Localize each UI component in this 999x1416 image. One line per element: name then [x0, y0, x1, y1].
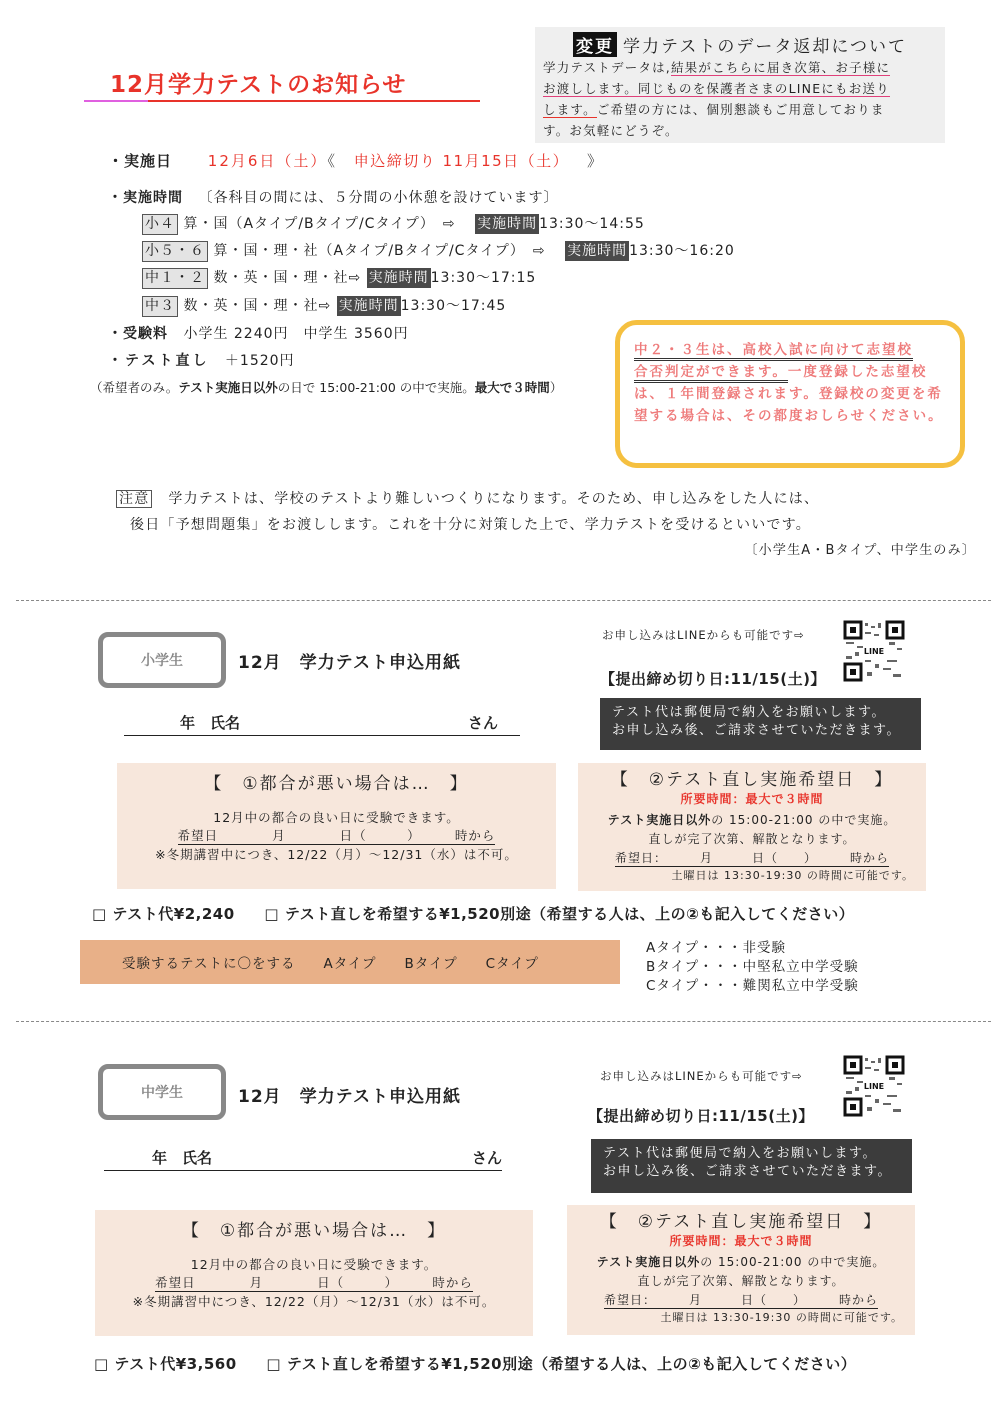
- grade-tag: 小５・６: [142, 241, 208, 262]
- type-option-c[interactable]: Cタイプ: [486, 952, 539, 972]
- cut-line: [16, 600, 991, 601]
- svg-text:LINE: LINE: [864, 1082, 884, 1091]
- form-title: 12月 学力テスト申込用紙: [238, 1082, 461, 1107]
- redo-date-field[interactable]: 希望日： 月 日（ ） 時から: [615, 849, 889, 867]
- schedule-row: 中３ 数・英・国・理・社⇨ 実施時間13:30～17:45: [142, 295, 506, 317]
- test-type-selector: 受験するテストに〇をする Aタイプ Bタイプ Cタイプ: [80, 940, 620, 984]
- redo-date-field[interactable]: 希望日： 月 日（ ） 時から: [604, 1291, 878, 1309]
- checkbox-row: □ テスト代¥3,560 □ テスト直しを希望する¥1,520別途（希望する人は…: [94, 1353, 856, 1374]
- cut-line: [16, 1021, 991, 1022]
- exam-date: 12月6日（土）: [208, 152, 328, 170]
- schedule-row: 中１・２ 数・英・国・理・社⇨ 実施時間13:30～17:15: [142, 267, 536, 289]
- grade-tag: 小４: [142, 214, 178, 235]
- submission-deadline: 【提出締め切り日:11/15(土)】: [588, 1105, 814, 1126]
- exam-time-heading: ・実施時間 〔各科目の間には、５分間の小休憩を設けています〕: [108, 187, 558, 207]
- notice-title: 学力テストのデータ返却について: [623, 32, 907, 57]
- type-option-a[interactable]: Aタイプ: [323, 952, 376, 972]
- application-deadline: 申込締切り 11月15日（土）: [354, 152, 569, 170]
- caution-section: 注意学力テストは、学校のテストより難しいつくりになります。そのため、申し込みをし…: [116, 486, 976, 564]
- notice-body: 学力テストデータは,結果がこちらに届き次第、お子様に お渡しします。同じものを保…: [543, 57, 937, 141]
- data-return-notice: 変更 学力テストのデータ返却について 学力テストデータは,結果がこちらに届き次第…: [535, 27, 945, 143]
- redo-date-box: 【 ②テスト直し実施希望日 】 所要時間：最大で３時間 テスト実施日以外の 15…: [578, 763, 926, 891]
- line-application-note: お申し込みはLINEからも可能です⇨: [600, 1068, 803, 1084]
- redo-note: （希望者のみ。テスト実施日以外の日で 15:00-21:00 の中で実施。最大で…: [90, 378, 562, 396]
- payment-notice: テスト代は郵便局で納入をお願いします。 お申し込み後、ご請求させていただきます。: [600, 698, 921, 750]
- checkbox-row: □ テスト代¥2,240 □ テスト直しを希望する¥1,520別途（希望する人は…: [92, 903, 854, 924]
- redo-line: ・テスト直し ＋1520円: [108, 350, 295, 370]
- time-tag: 実施時間: [475, 214, 539, 234]
- page-title: 12月学力テストのお知らせ: [84, 66, 480, 102]
- redo-checkbox[interactable]: □ テスト直しを希望する¥1,520別途（希望する人は、上の②も記入してください…: [264, 905, 854, 923]
- unavailable-date-box: 【 ①都合が悪い場合は… 】 12月中の都合の良い日に受験できます。 希望日 月…: [117, 763, 556, 889]
- time-tag: 実施時間: [367, 268, 431, 288]
- level-badge-junior-high: 中学生: [98, 1064, 226, 1120]
- submission-deadline: 【提出締め切り日:11/15(土)】: [600, 668, 826, 689]
- line-qr-code-icon[interactable]: LINE: [843, 620, 905, 682]
- redo-checkbox[interactable]: □ テスト直しを希望する¥1,520別途（希望する人は、上の②も記入してください…: [266, 1355, 856, 1373]
- time-tag: 実施時間: [337, 296, 401, 316]
- student-name-field[interactable]: 年 氏名 さん: [124, 712, 520, 736]
- grade-tag: 中１・２: [142, 268, 208, 289]
- schedule-row: 小５・６ 算・国・理・社（Aタイプ/Bタイプ/Cタイプ） ⇨ 実施時間13:30…: [142, 240, 735, 262]
- time-tag: 実施時間: [565, 241, 629, 261]
- type-legend: Aタイプ・・・非受験 Bタイプ・・・中堅私立中学受験 Cタイプ・・・難関私立中学…: [646, 939, 859, 996]
- exam-date-line: ・実施日 12月6日（土）《 申込締切り 11月15日（土） 》: [108, 150, 603, 171]
- fee-checkbox[interactable]: □ テスト代¥2,240: [92, 905, 235, 923]
- caution-tag: 注意: [116, 490, 152, 508]
- redo-date-box: 【 ②テスト直し実施希望日 】 所要時間：最大で３時間 テスト実施日以外の 15…: [567, 1205, 915, 1335]
- title-accent-line: [84, 100, 148, 102]
- high-school-judgment-notice: 中２・３生は、高校入試に向けて志望校 合否判定ができます。一度登録した志望校は、…: [615, 320, 965, 468]
- change-tag: 変更: [573, 32, 617, 57]
- type-option-b[interactable]: Bタイプ: [405, 952, 458, 972]
- line-qr-code-icon[interactable]: LINE: [843, 1055, 905, 1117]
- form-title: 12月 学力テスト申込用紙: [238, 648, 461, 673]
- student-name-field[interactable]: 年 氏名 さん: [104, 1147, 502, 1171]
- fee-checkbox[interactable]: □ テスト代¥3,560: [94, 1355, 237, 1373]
- schedule-row: 小４ 算・国（Aタイプ/Bタイプ/Cタイプ） ⇨ 実施時間13:30～14:55: [142, 213, 645, 235]
- unavailable-date-box: 【 ①都合が悪い場合は… 】 12月中の都合の良い日に受験できます。 希望日 月…: [95, 1210, 533, 1336]
- fee-line: ・受験料 小学生 2240円 中学生 3560円: [108, 323, 409, 343]
- level-badge-elementary: 小学生: [98, 632, 226, 688]
- svg-text:LINE: LINE: [864, 647, 884, 656]
- preferred-date-field[interactable]: 希望日 月 日（ ） 時から: [155, 1273, 473, 1292]
- payment-notice: テスト代は郵便局で納入をお願いします。 お申し込み後、ご請求させていただきます。: [591, 1139, 912, 1193]
- preferred-date-field[interactable]: 希望日 月 日（ ） 時から: [178, 826, 496, 845]
- line-application-note: お申し込みはLINEからも可能です⇨: [602, 627, 805, 643]
- grade-tag: 中３: [142, 296, 178, 317]
